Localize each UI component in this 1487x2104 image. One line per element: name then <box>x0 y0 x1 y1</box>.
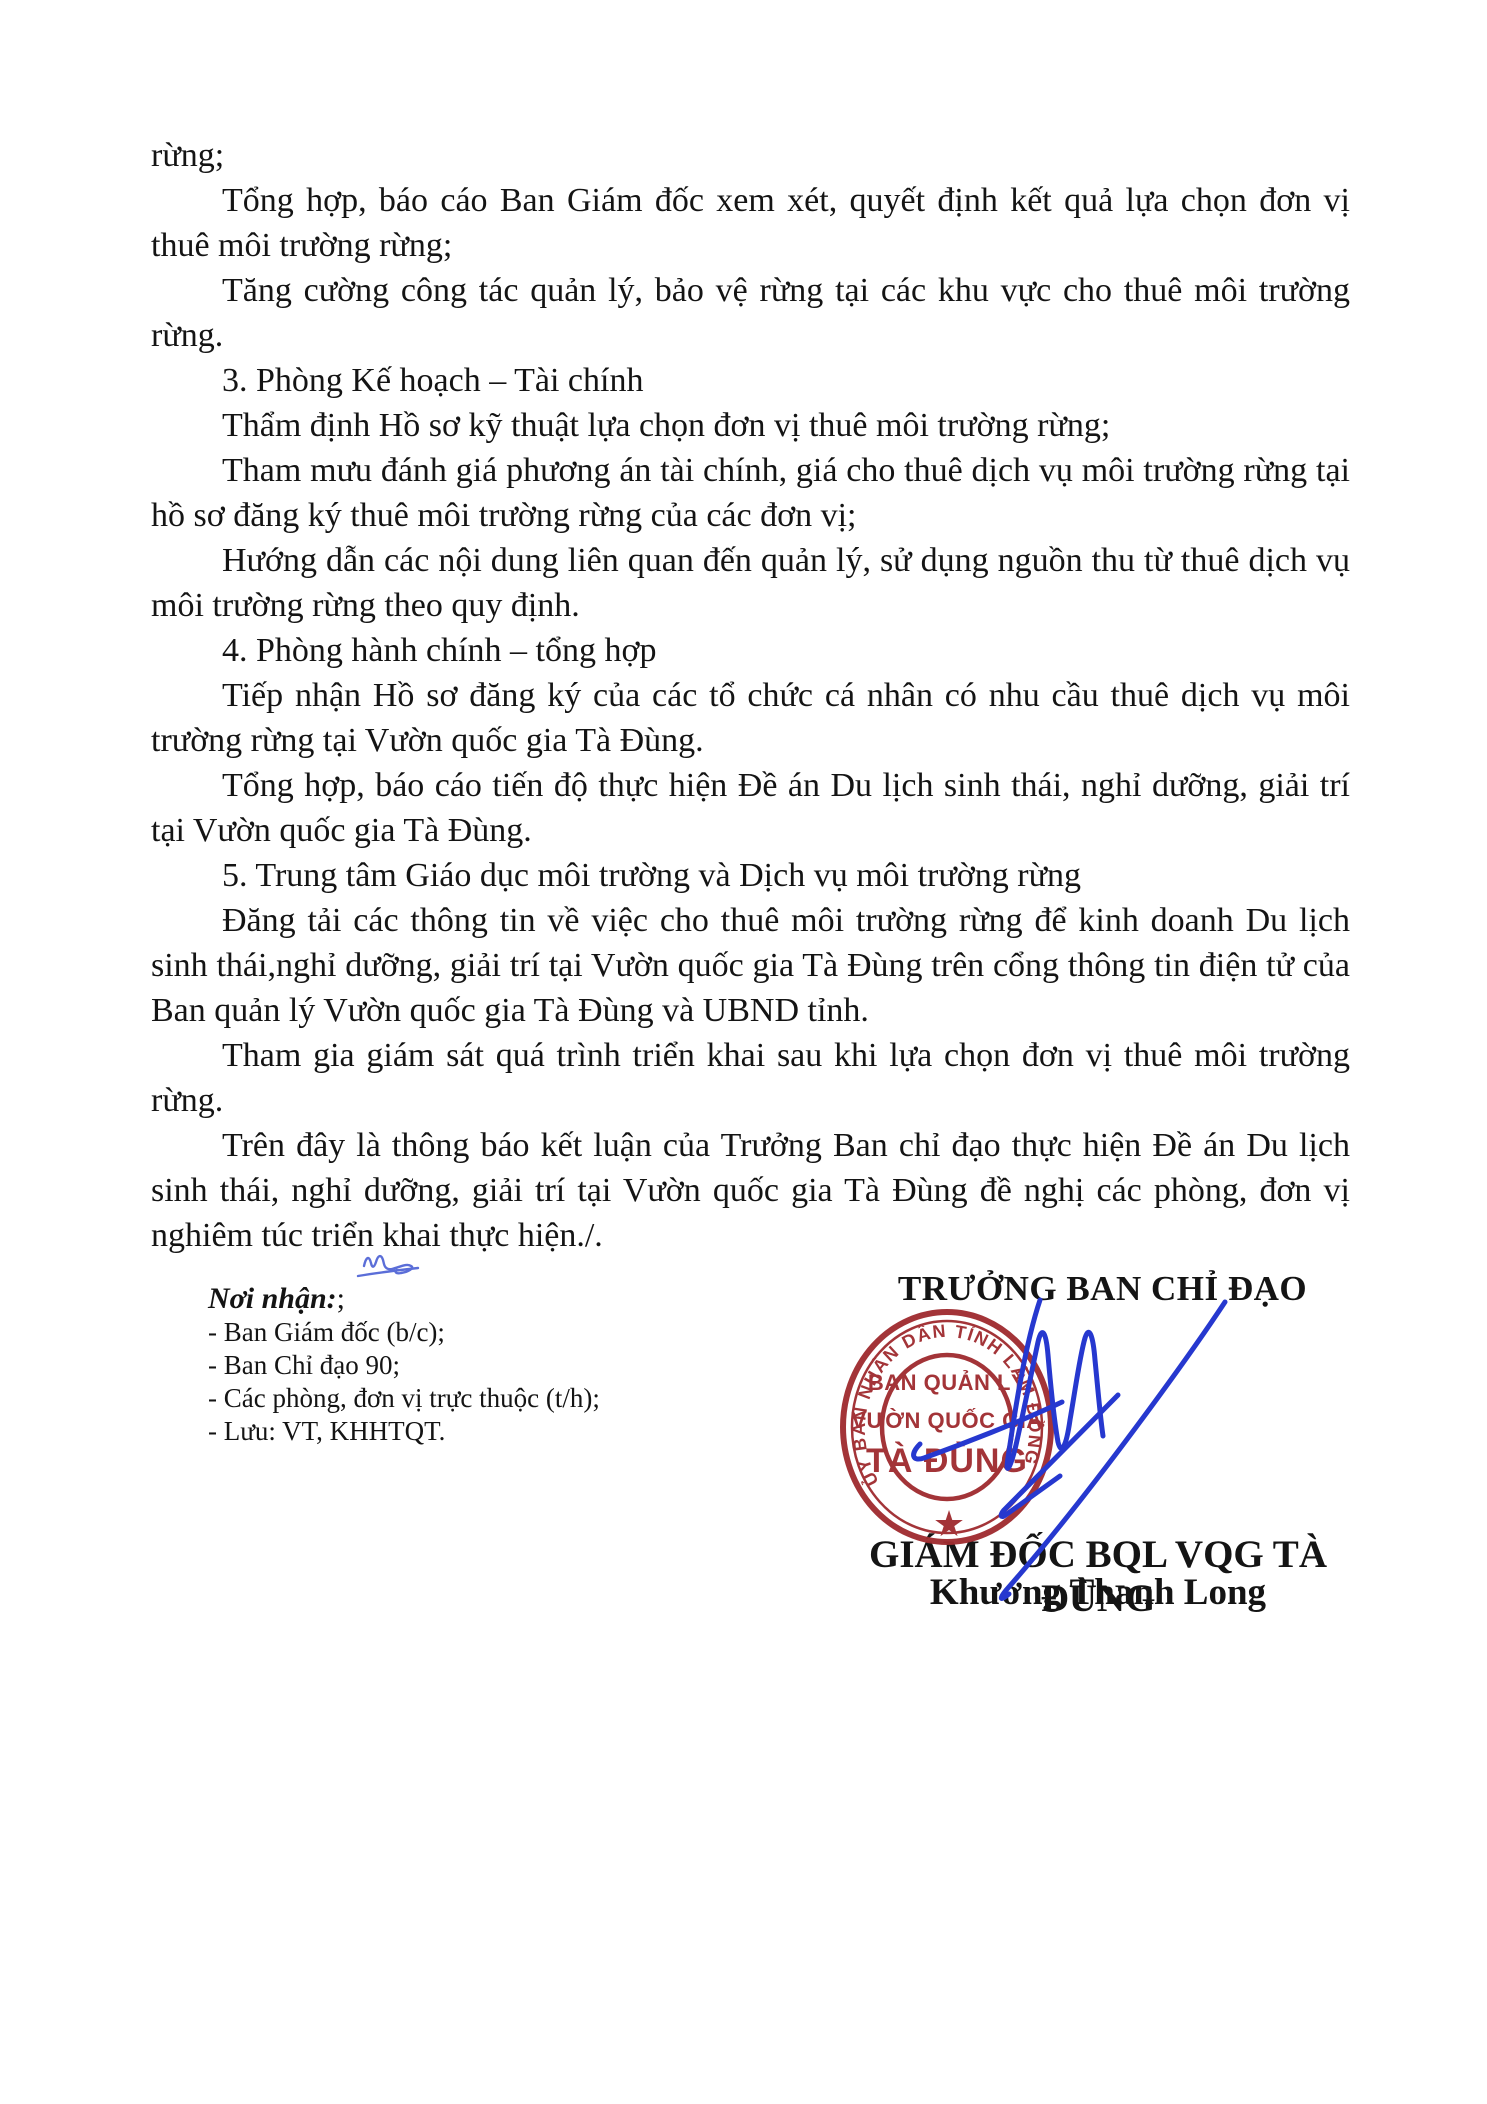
recipient-item: - Ban Giám đốc (b/c); <box>208 1316 600 1349</box>
recipient-item: - Lưu: VT, KHHTQT. <box>208 1415 600 1448</box>
recipients-heading-label: Nơi nhận: <box>208 1282 337 1315</box>
body-paragraph: Trên đây là thông báo kết luận của Trưởn… <box>151 1123 1350 1258</box>
signature-scribble <box>880 1280 1280 1620</box>
body-paragraph: Tổng hợp, báo cáo Ban Giám đốc xem xét, … <box>151 178 1350 268</box>
body-paragraph: 5. Trung tâm Giáo dục môi trường và Dịch… <box>151 853 1350 898</box>
body-paragraph: rừng; <box>151 133 1350 178</box>
body-paragraph: 3. Phòng Kế hoạch – Tài chính <box>151 358 1350 403</box>
recipient-item: - Các phòng, đơn vị trực thuộc (t/h); <box>208 1382 600 1415</box>
recipient-item: - Ban Chỉ đạo 90; <box>208 1349 600 1382</box>
handwritten-initials <box>352 1246 430 1288</box>
recipients-heading-suffix: ; <box>337 1282 345 1315</box>
body-paragraph: Đăng tải các thông tin về việc cho thuê … <box>151 898 1350 1033</box>
recipients-block: Nơi nhận:; - Ban Giám đốc (b/c);- Ban Ch… <box>208 1282 600 1448</box>
body-paragraph: Tăng cường công tác quản lý, bảo vệ rừng… <box>151 268 1350 358</box>
document-body: rừng;Tổng hợp, báo cáo Ban Giám đốc xem … <box>151 133 1350 1258</box>
body-paragraph: Tham gia giám sát quá trình triển khai s… <box>151 1033 1350 1123</box>
recipients-list: - Ban Giám đốc (b/c);- Ban Chỉ đạo 90;- … <box>208 1316 600 1448</box>
body-paragraph: Tham mưu đánh giá phương án tài chính, g… <box>151 448 1350 538</box>
body-paragraph: Tổng hợp, báo cáo tiến độ thực hiện Đề á… <box>151 763 1350 853</box>
body-paragraph: Hướng dẫn các nội dung liên quan đến quả… <box>151 538 1350 628</box>
document-page: rừng;Tổng hợp, báo cáo Ban Giám đốc xem … <box>0 0 1487 2104</box>
body-paragraph: 4. Phòng hành chính – tổng hợp <box>151 628 1350 673</box>
body-paragraph: Tiếp nhận Hồ sơ đăng ký của các tổ chức … <box>151 673 1350 763</box>
body-paragraph: Thẩm định Hồ sơ kỹ thuật lựa chọn đơn vị… <box>151 403 1350 448</box>
